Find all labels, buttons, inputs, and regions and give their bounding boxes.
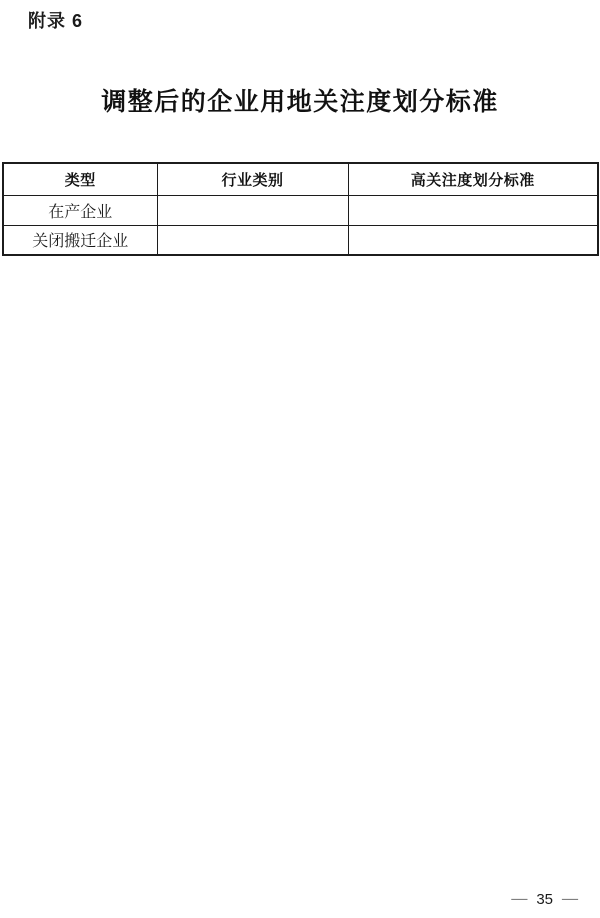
table-header-row: 类型 行业类别 高关注度划分标准: [3, 163, 598, 195]
cell-type: 关闭搬迁企业: [3, 225, 157, 255]
page-title: 调整后的企业用地关注度划分标准: [0, 82, 600, 118]
document-page: 附录 6 调整后的企业用地关注度划分标准 类型 行业类别 高关注度划分标准 在产…: [0, 0, 600, 918]
footer-dash-left: —: [511, 891, 527, 907]
header-type: 类型: [3, 163, 157, 195]
page-footer: — 35 —: [511, 891, 578, 907]
header-industry-category: 行业类别: [157, 163, 348, 195]
page-number: 35: [536, 892, 553, 907]
table-row: 在产企业: [3, 195, 598, 225]
appendix-label: 附录 6: [28, 7, 83, 33]
cell-industry: [157, 195, 348, 225]
cell-standard: [348, 195, 598, 225]
cell-standard: [348, 225, 598, 255]
cell-industry: [157, 225, 348, 255]
classification-standard-table: 类型 行业类别 高关注度划分标准 在产企业 关闭搬迁企业: [2, 162, 599, 256]
table-row: 关闭搬迁企业: [3, 225, 598, 255]
header-high-attention-standard: 高关注度划分标准: [348, 163, 598, 195]
cell-type: 在产企业: [3, 195, 157, 225]
footer-dash-right: —: [562, 891, 578, 907]
